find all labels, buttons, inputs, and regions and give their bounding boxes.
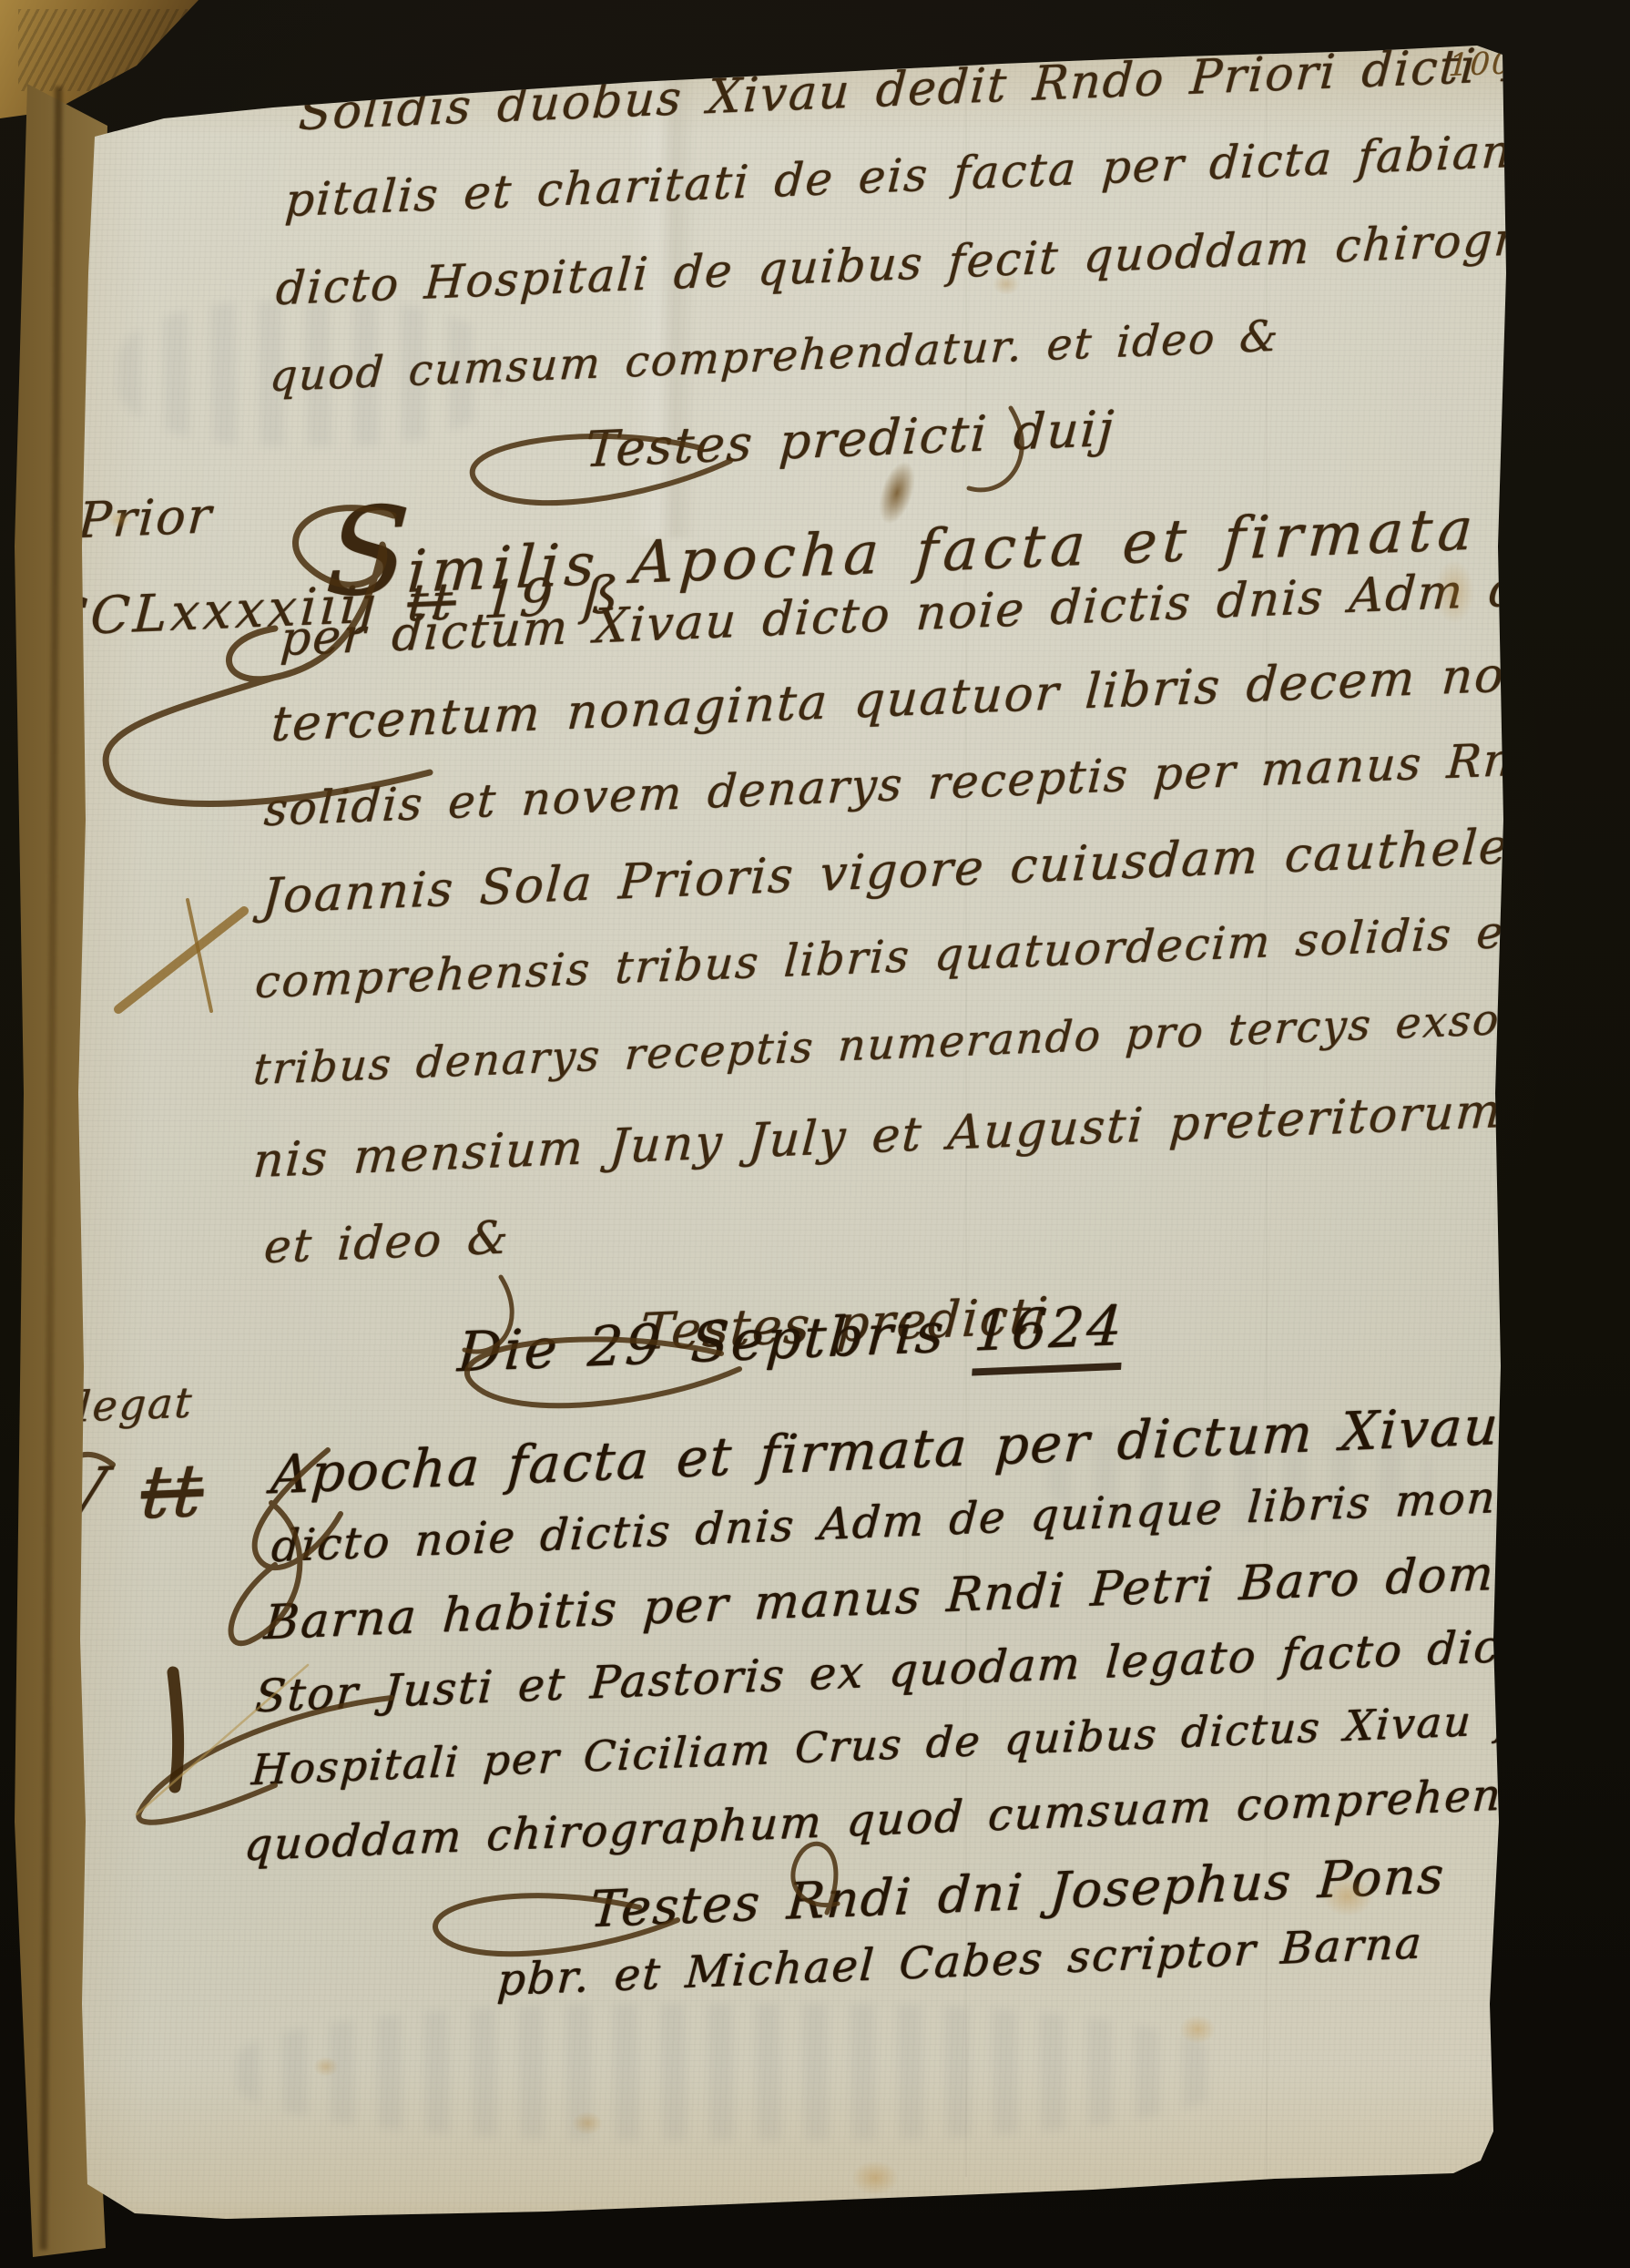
paper-scratch-line [137,1665,308,1814]
foxing-spot [851,2161,899,2195]
foxing-spot [107,510,131,528]
foxing-spot [993,273,1020,295]
flourish-curl [793,1844,838,1913]
leather-texture [18,9,200,91]
foxing-spot [1434,560,1474,624]
flourish-entry1-witness [473,436,730,503]
margin-ink-stroke [173,1672,178,1787]
show-through [118,301,501,446]
stain-top-edge [710,36,752,67]
flourish-entry2-witness [467,1339,739,1405]
flourish-initial-sweep [106,678,430,803]
flourish-et-ideo-2 [464,1277,512,1352]
show-through [237,2004,1220,2140]
flourish-llegat-tail [231,1503,301,1643]
flourish-et-ideo-1 [969,408,1022,490]
photo-canvas: 100 Solidis duobus Xivau dedit Rndo Prio… [0,0,1630,2268]
margin-x-mark [118,911,244,1009]
foxing-spot [1322,1876,1373,1916]
manuscript-page: 100 Solidis duobus Xivau dedit Rndo Prio… [0,0,1630,2268]
show-through [1047,1421,1430,1530]
flourish-entry3-witness [435,1895,677,1954]
